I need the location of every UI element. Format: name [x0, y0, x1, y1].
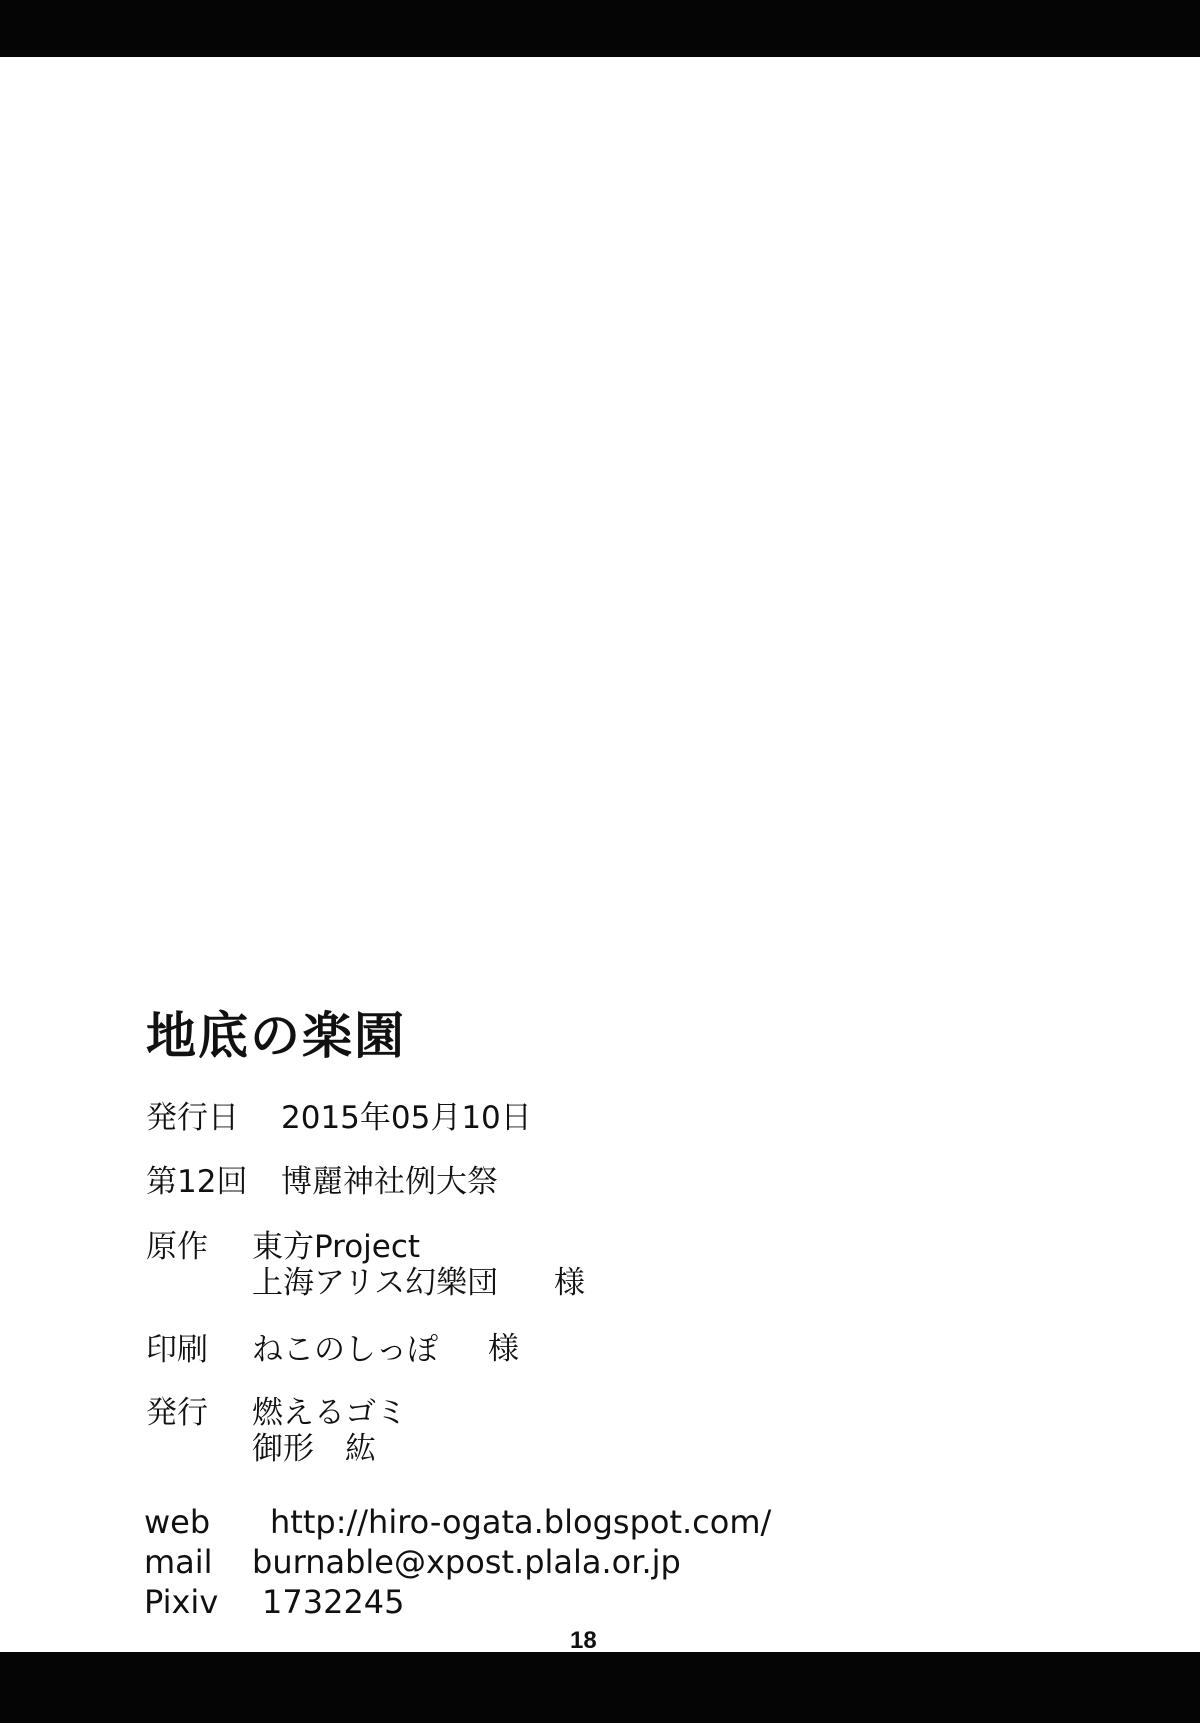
publisher-circle: 燃えるゴミ — [252, 1394, 407, 1432]
original-work-row: 原作東方Project — [146, 1228, 420, 1266]
web-row: webhttp://hiro-ogata.blogspot.com/ — [144, 1502, 771, 1542]
original-circle-name: 上海アリス幻樂団 — [252, 1265, 498, 1301]
top-black-bar — [0, 0, 1200, 57]
original-work-label: 原作 — [146, 1228, 252, 1266]
mail-row: mailburnable@xpost.plala.or.jp — [144, 1542, 681, 1582]
printing-row: 印刷ねこのしっぽ — [146, 1331, 438, 1369]
page-number: 18 — [570, 1628, 597, 1654]
event-value: 博麗神社例大祭 — [281, 1163, 498, 1201]
issue-date-value: 2015年05月10日 — [281, 1099, 532, 1137]
publisher-label: 発行 — [146, 1394, 252, 1432]
mail-label: mail — [144, 1542, 252, 1582]
pixiv-row: Pixiv1732245 — [144, 1582, 405, 1622]
mail-address[interactable]: burnable@xpost.plala.or.jp — [252, 1543, 681, 1581]
pixiv-label: Pixiv — [144, 1582, 262, 1622]
printing-label: 印刷 — [146, 1331, 252, 1369]
event-label: 第12回 — [146, 1163, 251, 1201]
original-work-value: 東方Project — [252, 1228, 420, 1266]
printing-honorific: 様 — [488, 1331, 519, 1367]
original-honorific: 様 — [554, 1265, 585, 1301]
web-label: web — [144, 1502, 270, 1542]
pixiv-id: 1732245 — [262, 1583, 405, 1621]
original-work-line2: 上海アリス幻樂団 — [252, 1265, 498, 1301]
publisher-row: 発行燃えるゴミ — [146, 1394, 407, 1432]
web-url[interactable]: http://hiro-ogata.blogspot.com/ — [270, 1503, 771, 1541]
event-row: 第12回博麗神社例大祭 — [146, 1163, 498, 1201]
issue-date-label: 発行日 — [146, 1099, 251, 1137]
book-title: 地底の楽園 — [146, 1008, 406, 1064]
bottom-black-bar — [0, 1652, 1200, 1723]
publisher-author: 御形 紘 — [252, 1431, 376, 1467]
printing-value: ねこのしっぽ — [252, 1331, 438, 1369]
issue-date-row: 発行日2015年05月10日 — [146, 1099, 532, 1137]
